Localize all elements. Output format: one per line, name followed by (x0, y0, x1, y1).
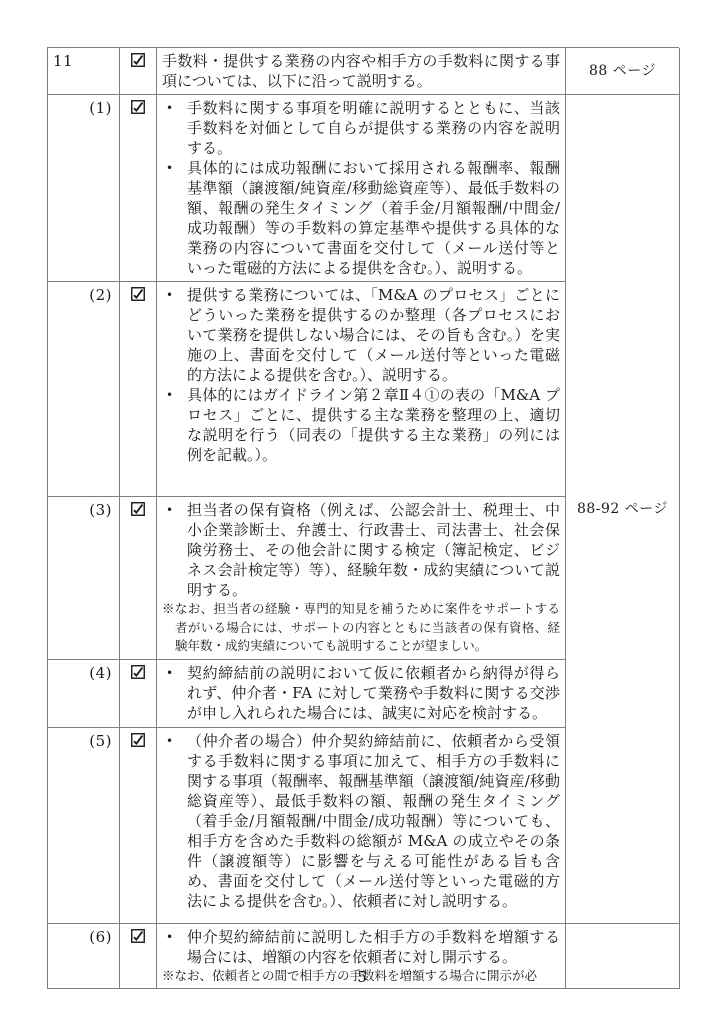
bullet-paragraph: • 手数料に関する事項を明確に説明するとともに、当該手数料を対価として自らが提供… (162, 98, 560, 158)
item-number-label: 11 (53, 52, 73, 70)
bullet-icon: • (162, 98, 187, 158)
bullet-icon: • (162, 285, 187, 385)
checked-checkbox-icon (131, 53, 145, 67)
bullet-paragraph: • 仲介契約締結前に説明した相手方の手数料を増額する場合には、増額の内容を依頼者… (162, 927, 560, 967)
bullet-paragraph: • 契約締結前の説明において仮に依頼者から納得が得られず、仲介者・FA に対して… (162, 663, 560, 723)
checked-checkbox-icon (131, 929, 145, 943)
checked-checkbox-icon (131, 100, 145, 114)
item-content-5: • （仲介者の場合）仲介契約締結前に、依頼者から受領する手数料に関する事項に加え… (157, 728, 566, 924)
item-content-4: • 契約締結前の説明において仮に依頼者から納得が得られず、仲介者・FA に対して… (157, 660, 566, 728)
item-content-3: • 担当者の保有資格（例えば、公認会計士、税理士、中小企業診断士、弁護士、行政書… (157, 497, 566, 660)
bullet-paragraph: • 具体的には成功報酬において採用される報酬率、報酬基準額（譲渡額/純資産/移動… (162, 158, 560, 278)
checkbox-cell-11 (120, 48, 157, 95)
bullet-icon: • (162, 663, 187, 723)
paragraph: 手数料・提供する業務の内容や相手方の手数料に関する事項については、以下に沿って説… (162, 51, 560, 91)
checklist-table: 11 手数料・提供する業務の内容や相手方の手数料に関する事項については、以下に沿… (47, 47, 679, 989)
checkbox-cell-1 (120, 95, 157, 282)
bullet-paragraph: • （仲介者の場合）仲介契約締結前に、依頼者から受領する手数料に関する事項に加え… (162, 731, 560, 911)
item-number-label: (1) (89, 99, 112, 117)
page-reference-merged: 88-92 ページ (566, 95, 680, 924)
page-reference-label: 88-92 ページ (577, 499, 668, 519)
bullet-icon: • (162, 927, 187, 967)
item-number-1: (1) (48, 95, 120, 282)
checkbox-cell-5 (120, 728, 157, 924)
bullet-icon: • (162, 158, 187, 278)
checked-checkbox-icon (131, 733, 145, 747)
bullet-paragraph: • 担当者の保有資格（例えば、公認会計士、税理士、中小企業診断士、弁護士、行政書… (162, 500, 560, 600)
bullet-paragraph: • 提供する業務については、「M&A のプロセス」ごとにどういった業務を提供する… (162, 285, 560, 385)
checked-checkbox-icon (131, 665, 145, 679)
item-number-5: (5) (48, 728, 120, 924)
bullet-icon: • (162, 385, 187, 465)
checkbox-cell-2 (120, 282, 157, 497)
bullet-icon: • (162, 731, 187, 911)
checked-checkbox-icon (131, 502, 145, 516)
item-number-label: (5) (89, 732, 112, 750)
item-number-label: (2) (89, 286, 112, 304)
item-content-11: 手数料・提供する業務の内容や相手方の手数料に関する事項については、以下に沿って説… (157, 48, 566, 95)
item-number-3: (3) (48, 497, 120, 660)
checked-checkbox-icon (131, 287, 145, 301)
checkbox-cell-3 (120, 497, 157, 660)
bullet-paragraph: • 具体的にはガイドライン第２章Ⅱ４①の表の「M&A プロセス」ごとに、提供する… (162, 385, 560, 465)
checkbox-cell-4 (120, 660, 157, 728)
bullet-icon: • (162, 500, 187, 600)
item-number-2: (2) (48, 282, 120, 497)
item-number-label: (6) (89, 928, 112, 946)
page-number: 5 (0, 968, 724, 986)
item-content-2: • 提供する業務については、「M&A のプロセス」ごとにどういった業務を提供する… (157, 282, 566, 497)
item-content-1: • 手数料に関する事項を明確に説明するとともに、当該手数料を対価として自らが提供… (157, 95, 566, 282)
item-number-label: (4) (89, 664, 112, 682)
item-number-label: (3) (89, 501, 112, 519)
item-number-4: (4) (48, 660, 120, 728)
page-reference-11: 88 ページ (566, 48, 680, 95)
note-paragraph: ※なお、担当者の経験・専門的知見を補うために案件をサポートする者がいる場合には、… (162, 600, 560, 656)
item-number-11: 11 (48, 48, 120, 95)
page-reference-label: 88 ページ (589, 61, 656, 81)
